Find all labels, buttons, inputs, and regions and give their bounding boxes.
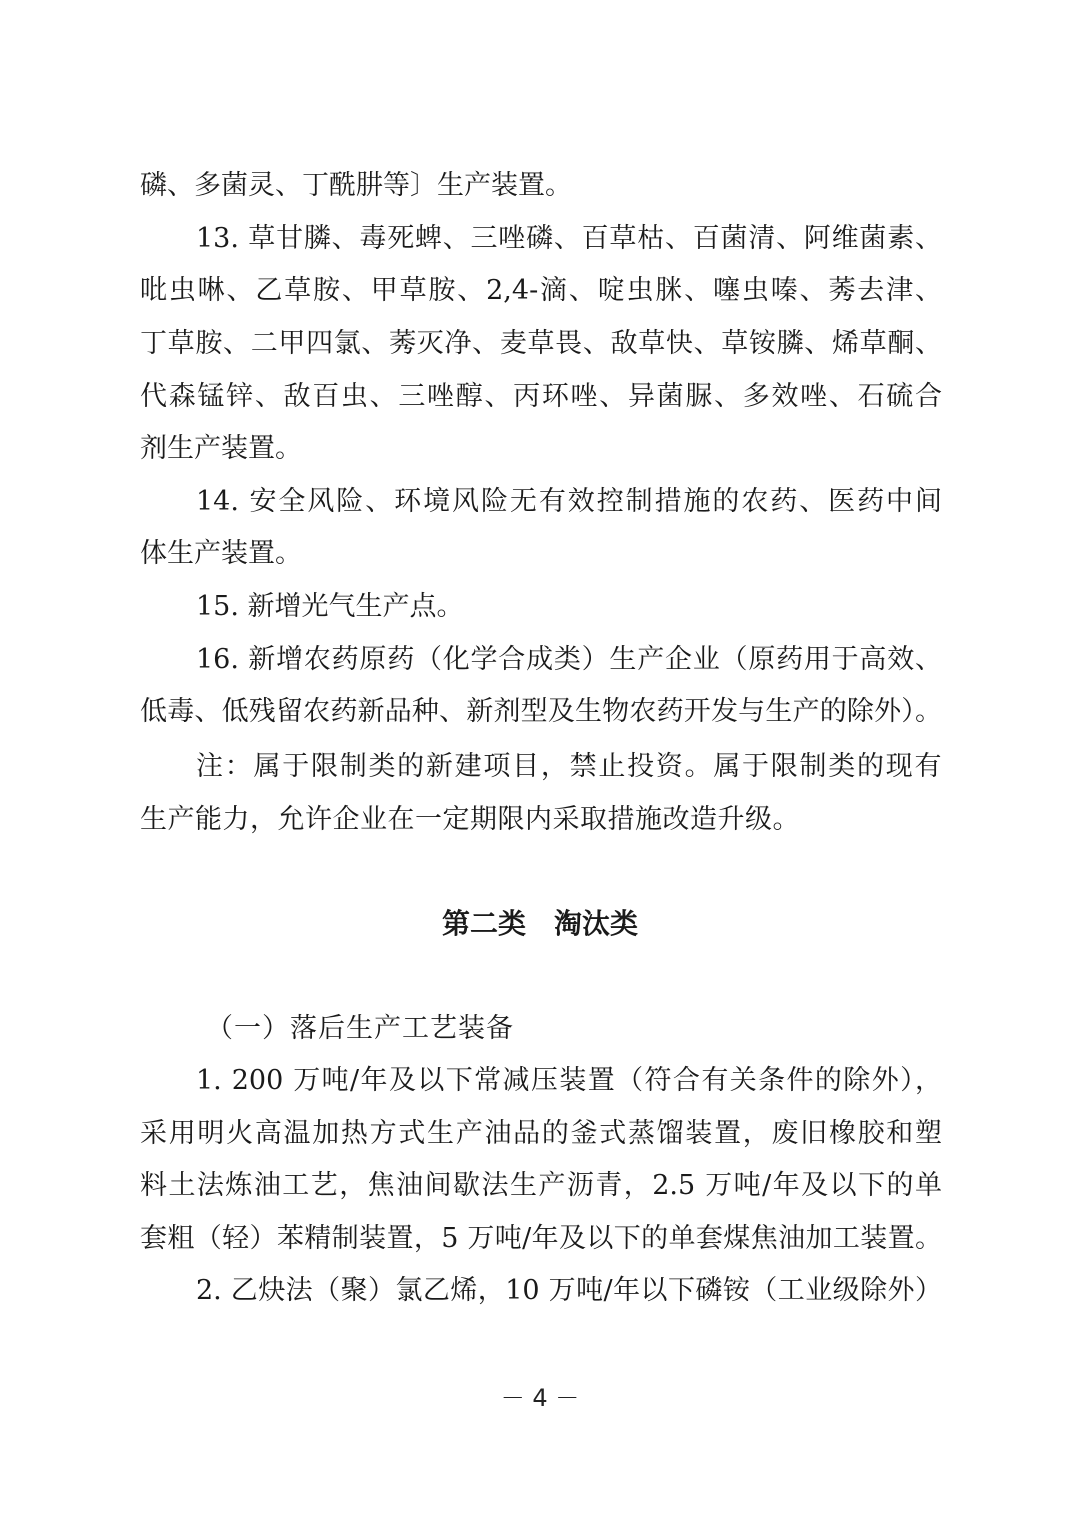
text-line: 16. 新增农药原药（化学合成类）生产企业（原药用于高效、 [196, 642, 942, 678]
text-line: 体生产装置。 [140, 536, 942, 572]
text-line: 采用明火高温加热方式生产油品的釜式蒸馏装置，废旧橡胶和塑 [140, 1116, 942, 1152]
page-number: － 4 － [0, 1382, 1080, 1414]
note-line: 生产能力，允许企业在一定期限内采取措施改造升级。 [140, 802, 942, 838]
text-line: 14. 安全风险、环境风险无有效控制措施的农药、医药中间 [196, 484, 942, 520]
text-line: 13. 草甘膦、毒死蜱、三唑磷、百草枯、百菌清、阿维菌素、 [196, 221, 942, 257]
text-line: 2. 乙炔法（聚）氯乙烯，10 万吨/年以下磷铵（工业级除外） [196, 1273, 942, 1309]
text-line: 低毒、低残留农药新品种、新剂型及生物农药开发与生产的除外）。 [140, 694, 942, 730]
text-line: 套粗（轻）苯精制装置，5 万吨/年及以下的单套煤焦油加工装置。 [140, 1221, 942, 1257]
text-line: 磷、多菌灵、丁酰肼等〕生产装置。 [140, 168, 942, 204]
document-page: 磷、多菌灵、丁酰肼等〕生产装置。 13. 草甘膦、毒死蜱、三唑磷、百草枯、百菌清… [0, 0, 1080, 1527]
note-line: 注：属于限制类的新建项目，禁止投资。属于限制类的现有 [196, 749, 942, 785]
text-line: 代森锰锌、敌百虫、三唑醇、丙环唑、异菌脲、多效唑、石硫合 [140, 379, 942, 415]
text-line: 1. 200 万吨/年及以下常减压装置（符合有关条件的除外）， [196, 1063, 942, 1099]
section-heading: 第二类 淘汰类 [0, 906, 1080, 942]
text-line: 剂生产装置。 [140, 431, 942, 467]
text-line: 丁草胺、二甲四氯、莠灭净、麦草畏、敌草快、草铵膦、烯草酮、 [140, 326, 942, 362]
text-line: 15. 新增光气生产点。 [196, 589, 942, 625]
subsection-heading: （一）落后生产工艺装备 [206, 1011, 514, 1047]
text-line: 料土法炼油工艺，焦油间歇法生产沥青，2.5 万吨/年及以下的单 [140, 1168, 942, 1204]
text-line: 吡虫啉、乙草胺、甲草胺、2,4-滴、啶虫脒、噻虫嗪、莠去津、 [140, 273, 942, 309]
